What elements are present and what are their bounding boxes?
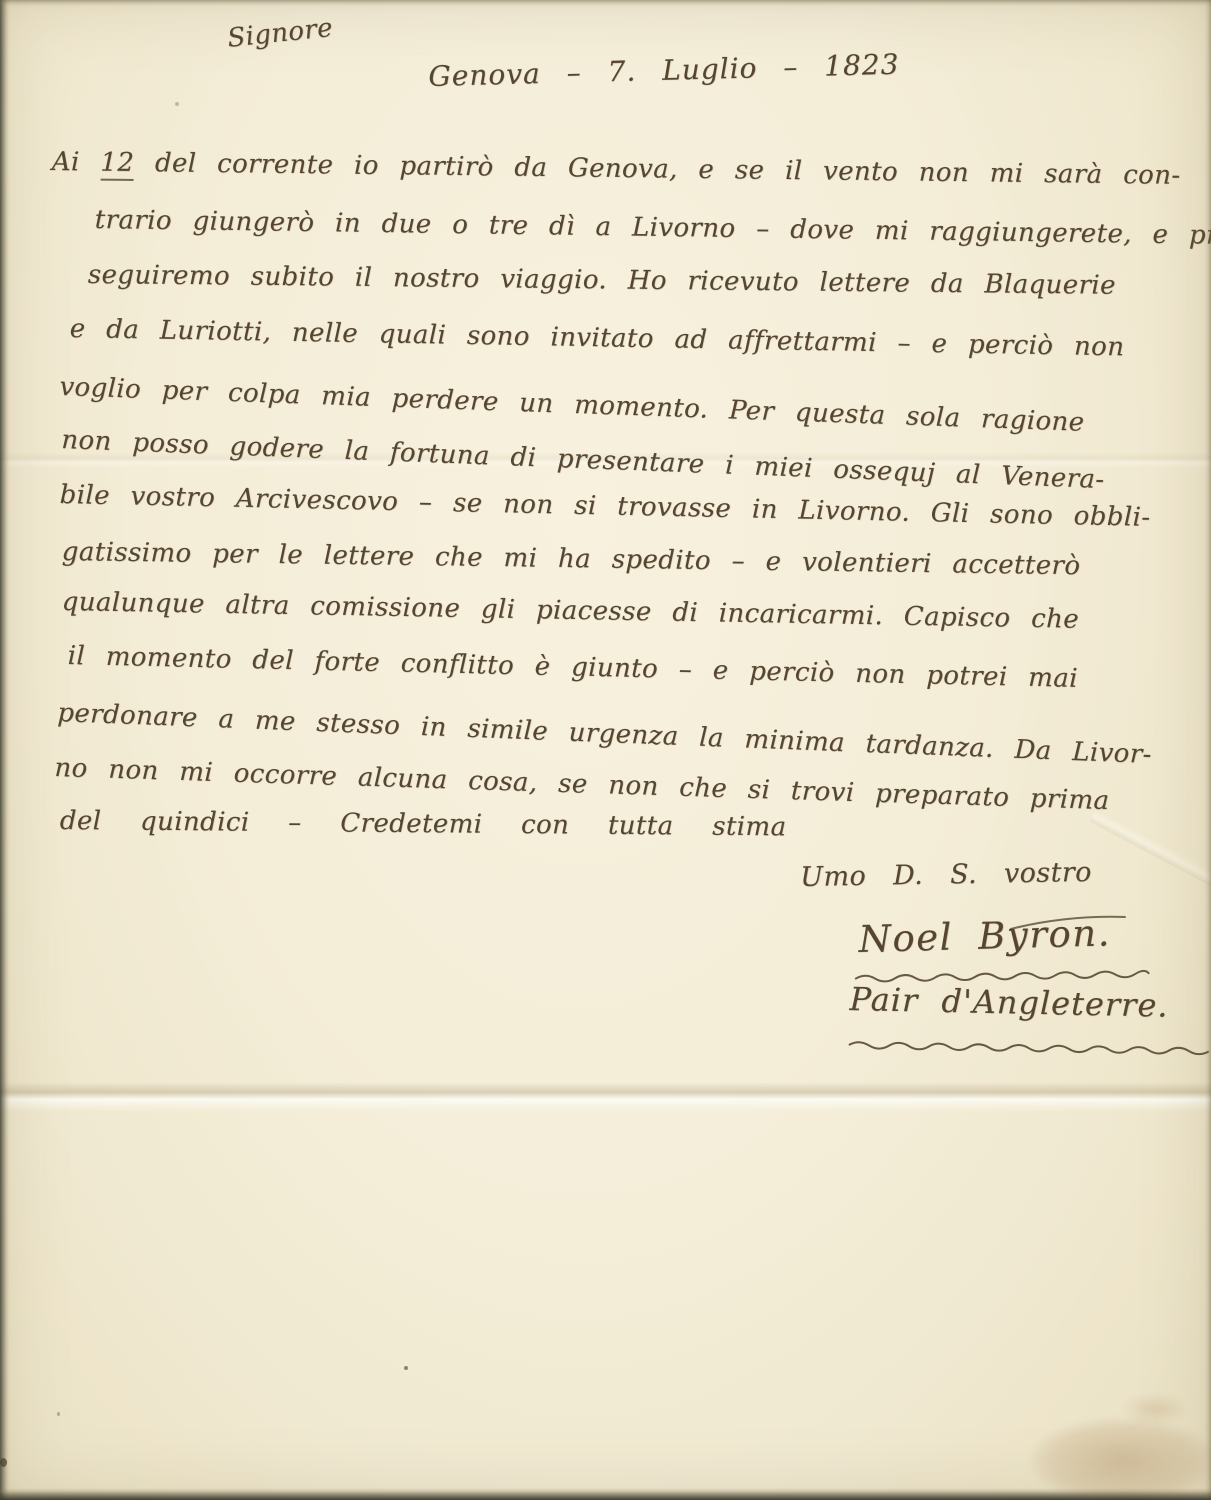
- salutation: Signore: [226, 13, 334, 54]
- body-line-3: seguiremo subito il nostro viaggio. Ho r…: [88, 260, 1116, 301]
- signature-title-underline: [846, 1038, 1211, 1058]
- body-line-5: voglio per colpa mia perdere un momento.…: [59, 372, 1085, 438]
- body-line-1-underlined-date: 12: [100, 148, 134, 181]
- ink-fleck: [175, 102, 179, 106]
- body-line-2: trario giungerò in due o tre dì a Livorn…: [95, 205, 1211, 251]
- body-line-4: e da Luriotti, nelle quali sono invitato…: [69, 314, 1124, 362]
- body-line-1-post: del corrente io partirò da Genova, e se …: [134, 148, 1181, 191]
- scan-edge-top: [0, 0, 1211, 6]
- scan-edge-bottom: [0, 1488, 1211, 1500]
- dateline: Genova – 7. Luglio – 1823: [428, 48, 900, 93]
- ink-fleck: [404, 1366, 408, 1370]
- scan-edge-left: [0, 0, 10, 1500]
- body-line-8: gatissimo per le lettere che mi ha spedi…: [62, 537, 1081, 581]
- body-line-13: del quindici – Credetemi con tutta stima: [60, 806, 787, 842]
- body-line-9: qualunque altra comissione gli piacesse …: [61, 587, 1079, 635]
- body-line-1-pre: Ai: [52, 147, 101, 178]
- scan-edge-right: [1205, 0, 1211, 1500]
- body-line-1: Ai 12 del corrente io partirò da Genova,…: [52, 147, 1181, 191]
- paper-crease-diagonal: [1090, 809, 1211, 925]
- ink-fleck: [57, 1412, 60, 1416]
- valediction: Umo D. S. vostro: [800, 857, 1092, 893]
- body-line-10: il momento del forte conflitto è giunto …: [67, 641, 1078, 694]
- lower-sheet-tint: [0, 1100, 1211, 1500]
- letter-scan: Signore Genova – 7. Luglio – 1823 Ai 12 …: [0, 0, 1211, 1500]
- small-stain: [1120, 1392, 1190, 1426]
- signature-title: Pair d'Angleterre.: [849, 980, 1169, 1025]
